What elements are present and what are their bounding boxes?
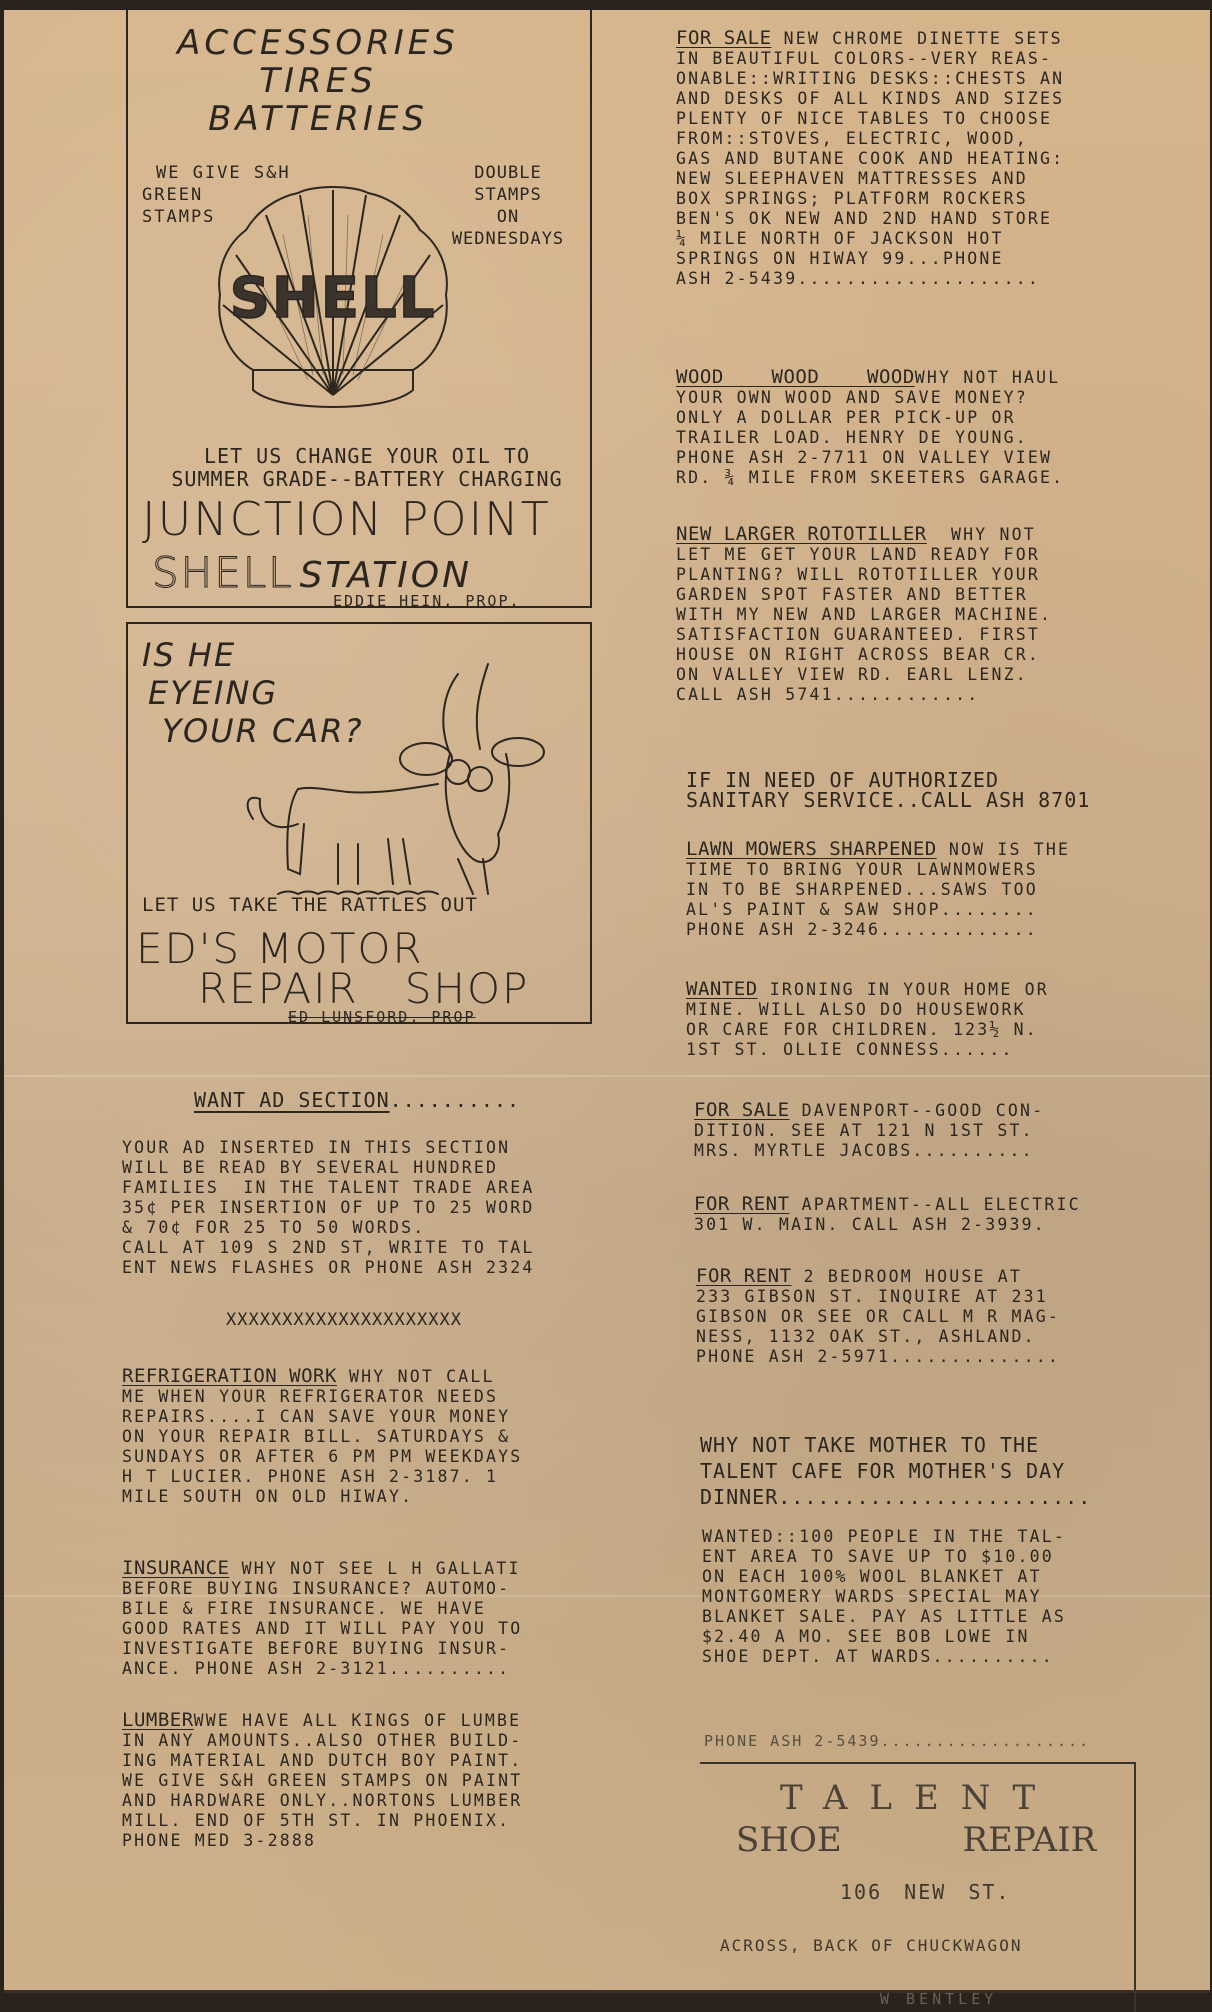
shell-station-ad: ACCESSORIES TIRES BATTERIES WE GIVE S&H …	[126, 10, 592, 608]
classified-ad: INSURANCE WHY NOT SEE L H GALLATI BEFORE…	[122, 1558, 522, 1679]
proprietor: EDDIE HEIN, PROP.	[333, 592, 521, 610]
shop-address: 106 NEW ST.	[840, 1880, 1010, 1904]
ad-body: WHY NOT CALL ME WHEN YOUR REFRIGERATOR N…	[122, 1367, 522, 1506]
ad-heading: WANTED	[686, 978, 758, 1000]
classified-ad: WHY NOT TAKE MOTHER TO THE TALENT CAFE F…	[700, 1432, 1091, 1510]
faint-phone-line: PHONE ASH 2-5439...................	[704, 1732, 1090, 1750]
classified-ad: REFRIGERATION WORK WHY NOT CALL ME WHEN …	[122, 1366, 522, 1507]
ad-heading: INSURANCE	[122, 1557, 229, 1579]
classified-ad: FOR RENT APARTMENT--ALL ELECTRIC 301 W. …	[694, 1194, 1081, 1235]
shop-name: TALENT	[780, 1778, 1057, 1818]
separator-line: XXXXXXXXXXXXXXXXXXXXX	[226, 1310, 462, 1330]
ad-body: WANTED::100 PEOPLE IN THE TAL- ENT AREA …	[702, 1527, 1066, 1666]
ad-body: NEW CHROME DINETTE SETS IN BEAUTIFUL COL…	[676, 29, 1064, 288]
newspaper-page: ACCESSORIES TIRES BATTERIES WE GIVE S&H …	[4, 10, 1210, 1993]
ad-body: IF IN NEED OF AUTHORIZED SANITARY SERVIC…	[686, 768, 1090, 812]
ad-body: WHY NOT TAKE MOTHER TO THE TALENT CAFE F…	[700, 1433, 1091, 1509]
classified-ad: FOR RENT 2 BEDROOM HOUSE AT 233 GIBSON S…	[696, 1266, 1060, 1367]
classified-ad: FOR SALE NEW CHROME DINETTE SETS IN BEAU…	[676, 28, 1064, 289]
station-name-line2: SHELLSTATION	[152, 548, 472, 597]
shell-headline: ACCESSORIES TIRES BATTERIES	[168, 24, 468, 138]
shop-name-line2: REPAIR SHOP	[198, 964, 529, 1013]
want-ad-rates: YOUR AD INSERTED IN THIS SECTION WILL BE…	[122, 1138, 535, 1278]
shop-name-line2: SHOE REPAIR	[736, 1820, 1096, 1860]
svg-text:SHELL: SHELL	[230, 266, 437, 331]
ad-heading: WOOD WOOD WOOD	[676, 366, 915, 388]
border-rule	[590, 65, 592, 606]
shell-logo-icon: SHELL	[208, 175, 458, 425]
ad-body: WHY NOT LET ME GET YOUR LAND READY FOR P…	[676, 525, 1052, 704]
classified-ad: WANTED IRONING IN YOUR HOME OR MINE. WIL…	[686, 979, 1049, 1060]
ad-heading: NEW LARGER ROTOTILLER	[676, 523, 927, 545]
want-ad-section-title: WANT AD SECTION..........	[194, 1088, 520, 1112]
ad-heading: FOR SALE	[676, 27, 772, 49]
classified-ad: LAWN MOWERS SHARPENED NOW IS THE TIME TO…	[686, 839, 1070, 940]
fold-crease	[4, 1075, 1210, 1077]
ad-heading: FOR SALE	[694, 1099, 790, 1121]
classified-ad: NEW LARGER ROTOTILLER WHY NOT LET ME GET…	[676, 524, 1052, 705]
ad-body: WWE HAVE ALL KINGS OF LUMBE IN ANY AMOUN…	[122, 1711, 522, 1850]
classified-ad: FOR SALE DAVENPORT--GOOD CON- DITION. SE…	[694, 1100, 1044, 1161]
shop-location: ACROSS, BACK OF CHUCKWAGON	[720, 1936, 1022, 1955]
rattles-tagline: LET US TAKE THE RATTLES OUT	[142, 894, 478, 916]
station-name: JUNCTION POINT	[142, 492, 582, 546]
ad-heading: FOR RENT	[694, 1193, 790, 1215]
classified-ad: WANTED::100 PEOPLE IN THE TAL- ENT AREA …	[702, 1527, 1066, 1667]
classified-ad: LUMBERWWE HAVE ALL KINGS OF LUMBE IN ANY…	[122, 1710, 522, 1851]
classified-ad: WOOD WOOD WOODWHY NOT HAUL YOUR OWN WOOD…	[676, 367, 1064, 488]
classified-ad: IF IN NEED OF AUTHORIZED SANITARY SERVIC…	[686, 770, 1090, 810]
eds-motor-ad: IS HE EYEING YOUR CAR? LET US TAKE THE R…	[126, 622, 592, 1024]
ad-heading: LUMBER	[122, 1709, 194, 1731]
talent-shoe-repair-ad: TALENT SHOE REPAIR 106 NEW ST. ACROSS, B…	[700, 1762, 1136, 2000]
ad-heading: FOR RENT	[696, 1265, 792, 1287]
eds-question: IS HE EYEING YOUR CAR?	[142, 636, 363, 750]
ad-heading: REFRIGERATION WORK	[122, 1365, 337, 1387]
byline: W BENTLEY	[880, 1990, 997, 2000]
proprietor: ED LUNSFORD, PROP	[288, 1008, 476, 1026]
oil-change-tagline: LET US CHANGE YOUR OIL TO SUMMER GRADE--…	[142, 445, 592, 491]
ad-heading: LAWN MOWERS SHARPENED	[686, 838, 937, 860]
